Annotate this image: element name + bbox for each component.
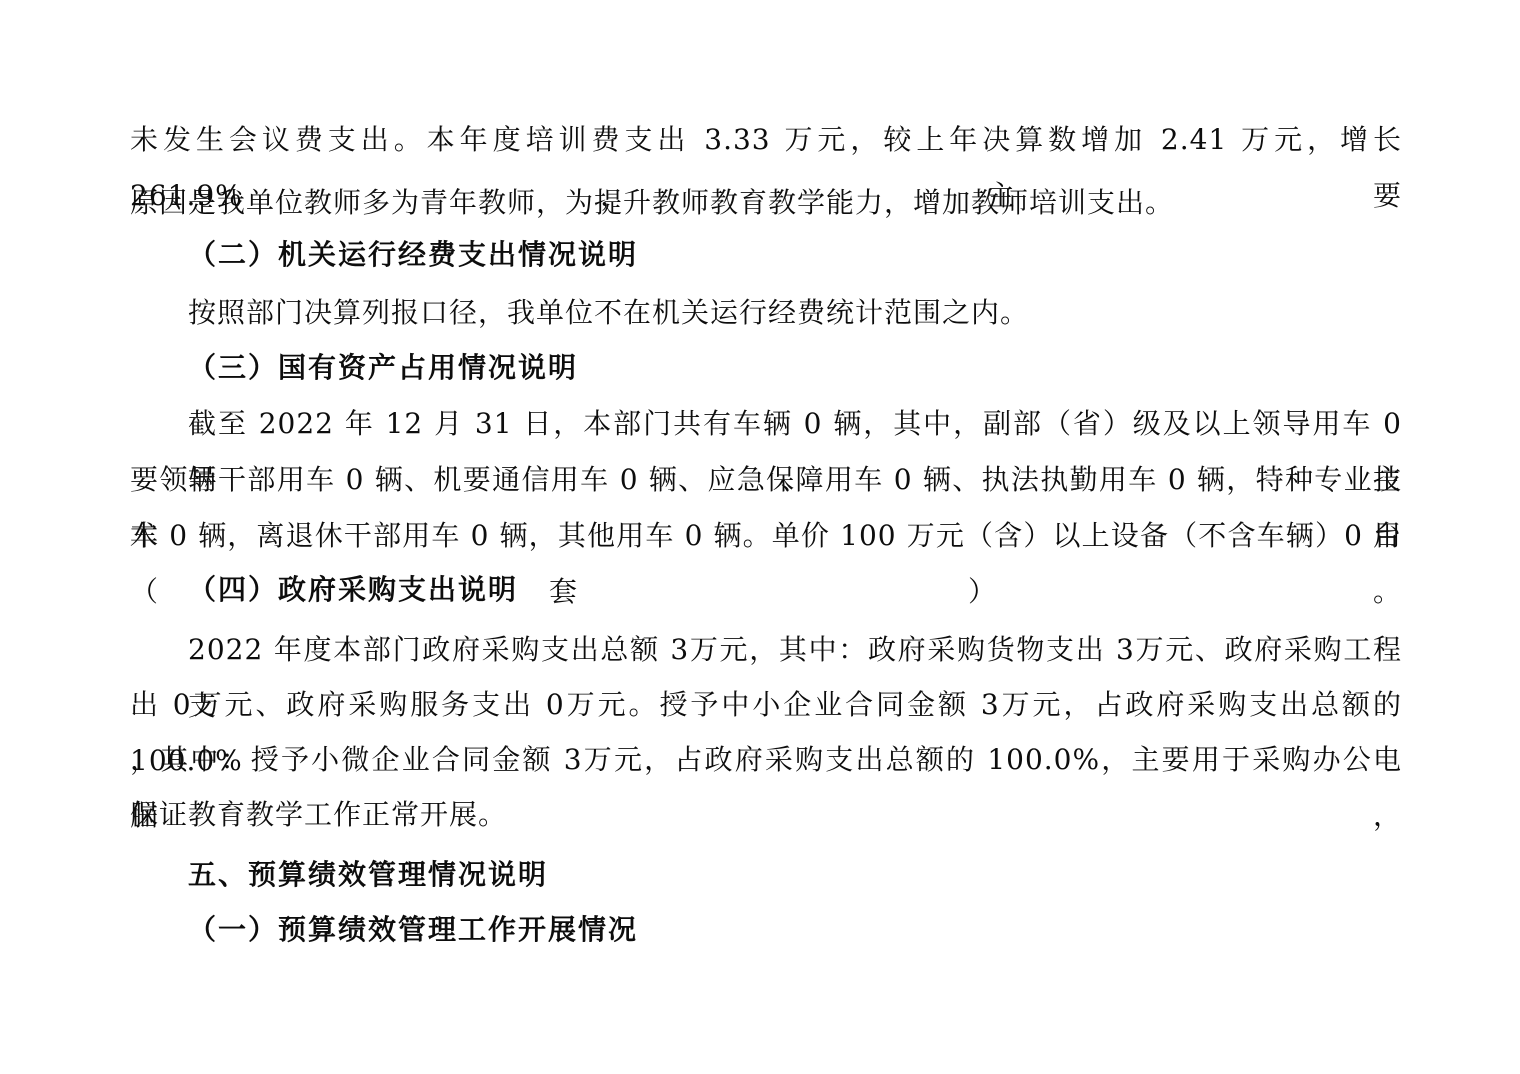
body-line: 原因是我单位教师多为青年教师，为提升教师教育教学能力，增加教师培训支出。: [130, 175, 1402, 231]
body-line: 出 0万元、政府采购服务支出 0万元。授予中小企业合同金额 3万元，占政府采购支…: [130, 677, 1402, 733]
body-line: 2022 年度本部门政府采购支出总额 3万元，其中：政府采购货物支出 3万元、政…: [130, 622, 1402, 678]
section-heading: （三）国有资产占用情况说明: [130, 340, 1402, 396]
body-line: 按照部门决算列报口径，我单位不在机关运行经费统计范围之内。: [130, 285, 1402, 341]
body-line: 截至 2022 年 12 月 31 日，本部门共有车辆 0 辆，其中，副部（省）…: [130, 396, 1402, 452]
body-line: 要领导干部用车 0 辆、机要通信用车 0 辆、应急保障用车 0 辆、执法执勤用车…: [130, 452, 1402, 508]
body-line: 未发生会议费支出。本年度培训费支出 3.33 万元，较上年决算数增加 2.41 …: [130, 112, 1402, 168]
chapter-heading: 五、预算绩效管理情况说明: [130, 847, 1402, 903]
document-page: 未发生会议费支出。本年度培训费支出 3.33 万元，较上年决算数增加 2.41 …: [0, 0, 1520, 1074]
body-line: 保证教育教学工作正常开展。: [130, 787, 1402, 843]
body-line: ，其中：授予小微企业合同金额 3万元，占政府采购支出总额的 100.0%，主要用…: [130, 732, 1402, 788]
section-heading: （一）预算绩效管理工作开展情况: [130, 902, 1402, 958]
section-heading: （四）政府采购支出说明: [130, 562, 1402, 618]
body-line: 车 0 辆，离退休干部用车 0 辆，其他用车 0 辆。单价 100 万元（含）以…: [130, 508, 1402, 564]
section-heading: （二）机关运行经费支出情况说明: [130, 227, 1402, 283]
